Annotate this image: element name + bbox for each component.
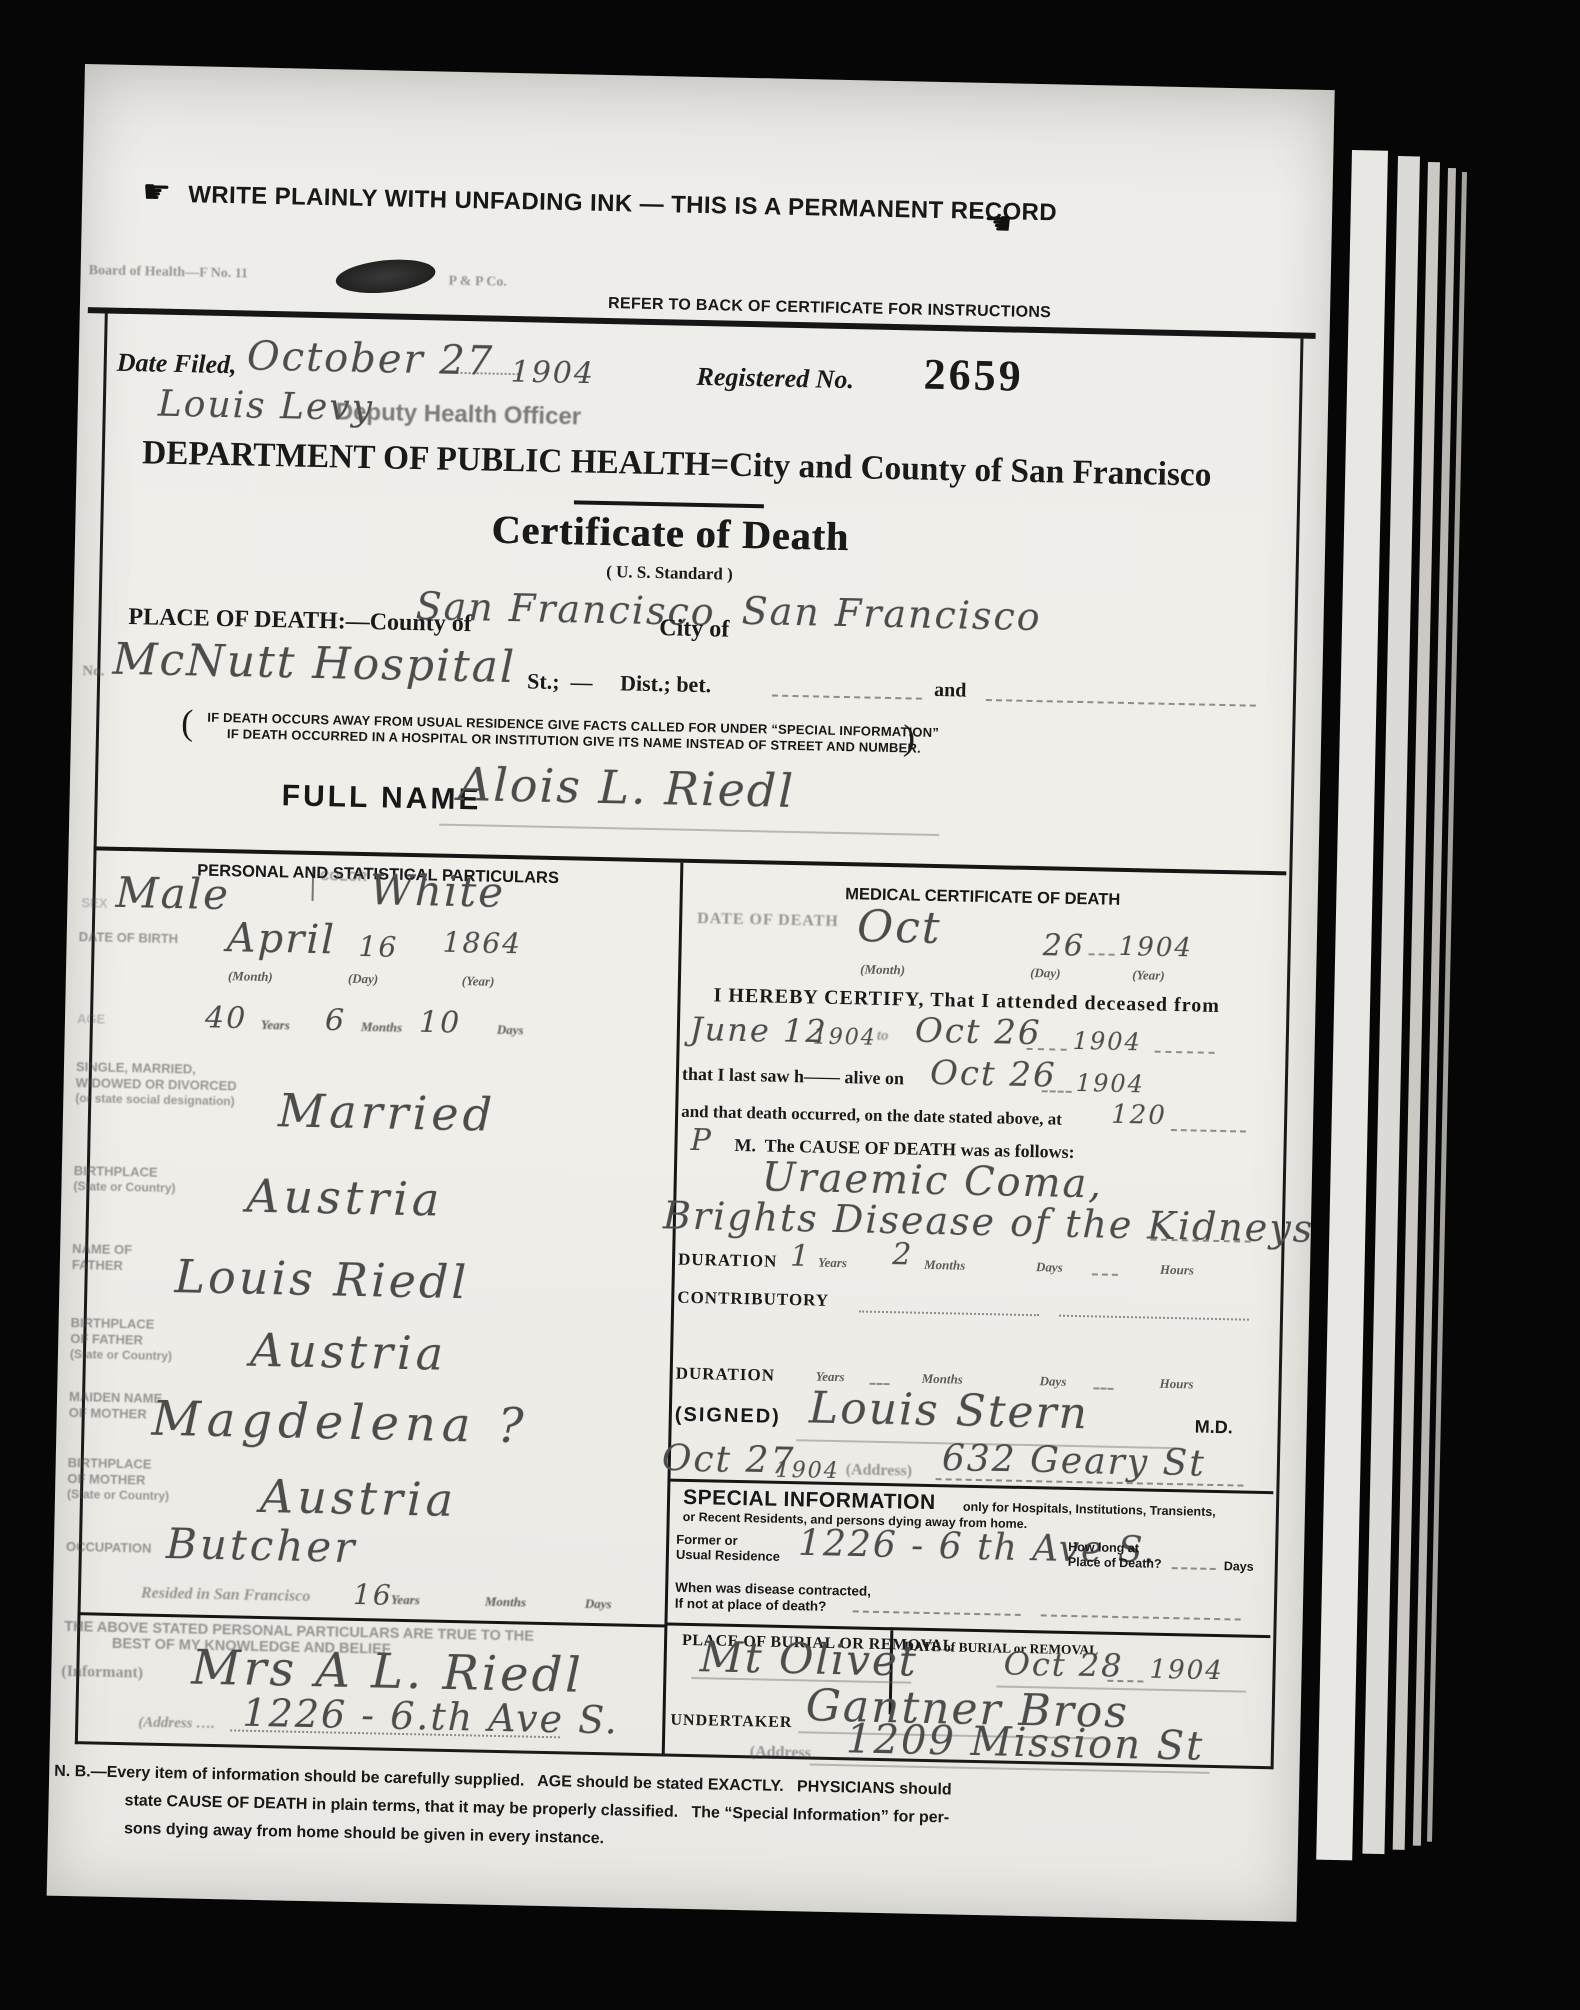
mother-maiden-value: Magdelena ? [151, 1394, 530, 1452]
institution-value: McNutt Hospital [112, 637, 516, 692]
physician-signature: Louis Stern [809, 1385, 1090, 1437]
death-year-caption: (Year) [1132, 968, 1165, 982]
paren-close: ) [903, 719, 916, 757]
resided-years-caption: Years [391, 1593, 420, 1607]
dob-month-value: April [226, 917, 336, 961]
physician-address-value: 632 Geary St [942, 1440, 1207, 1483]
informant-label: (Informant) [61, 1664, 143, 1683]
date-of-death-label: DATE OF DEATH [697, 911, 839, 931]
paren-open: ( [181, 704, 194, 742]
mother-maiden-label-1: MAIDEN NAME [69, 1390, 162, 1406]
form-number-left: Board of Health—F No. 11 [89, 264, 249, 282]
resided-months-caption: Months [485, 1595, 526, 1610]
md-label: M.D. [1195, 1418, 1233, 1438]
father-name-value: Louis Riedl [174, 1252, 469, 1306]
birthplace-label-2: (State or Country) [73, 1180, 175, 1195]
and-label: and [934, 680, 967, 702]
dob-day-value: 16 [358, 932, 398, 962]
birthplace-value: Austria [246, 1172, 444, 1224]
birthplace-label-1: BIRTHPLACE [74, 1164, 158, 1179]
resided-label: Resided in San Francisco [141, 1586, 311, 1606]
sex-label: SEX [81, 896, 107, 910]
city-label: City of [659, 616, 729, 643]
contributory-label: CONTRIBUTORY [677, 1289, 829, 1310]
dob-label: DATE OF BIRTH [79, 930, 179, 946]
dob-year-caption: (Year) [462, 974, 495, 988]
death-time-value: 120 [1111, 1102, 1167, 1130]
age-years-caption: Years [261, 1018, 290, 1032]
undertaker-address-label: (Address [750, 1744, 811, 1762]
marital-label-2: WIDOWED OR DIVORCED [76, 1076, 237, 1093]
banner-headline: WRITE PLAINLY WITH UNFADING INK — THIS I… [188, 182, 1057, 225]
date-filed-label: Date Filed, [116, 349, 236, 379]
street-no-label: No. [82, 664, 104, 680]
duration2-hours-caption: Hours [1159, 1377, 1193, 1391]
dob-year-value: 1864 [442, 928, 522, 959]
pointing-hand-left-icon: ☚ [984, 207, 1013, 241]
former-residence-label-1: Former or [676, 1533, 738, 1548]
footnote-line-3: sons dying away from home should be give… [124, 1821, 604, 1848]
mother-birthplace-value: Austria [260, 1472, 458, 1524]
pm-value: P [690, 1125, 713, 1157]
health-officer-title: Deputy Health Officer [336, 399, 582, 429]
sex-value: Male [115, 871, 230, 917]
city-value: San Francisco [741, 592, 1042, 638]
duration-years-caption: Years [818, 1256, 847, 1270]
registered-no-label: Registered No. [696, 363, 854, 394]
form-number-right: P & P Co. [448, 275, 507, 291]
age-label: AGE [77, 1012, 105, 1026]
informant-address-label: (Address …. [138, 1715, 215, 1732]
former-residence-label-2: Usual Residence [676, 1548, 780, 1564]
undertaker-address-value: 1209 Mission St [846, 1718, 1205, 1767]
physician-address-label: (Address) [846, 1462, 913, 1480]
dob-month-caption: (Month) [228, 969, 273, 984]
mother-birthplace-label-2: OF MOTHER [67, 1472, 145, 1487]
occupation-value: Butcher [166, 1522, 358, 1570]
signed-label: (SIGNED) [675, 1405, 781, 1428]
duration-months-value: 2 [892, 1239, 914, 1271]
resided-years-value: 16 [353, 1580, 393, 1610]
last-saw-date: Oct 26 [930, 1056, 1057, 1094]
dist-label: Dist.; bet. [620, 671, 712, 696]
duration2-dash-2 [1093, 1387, 1113, 1389]
death-year-value: 1904 [1118, 934, 1193, 963]
date-filed-year: 1904 [510, 357, 595, 390]
registered-no-value: 2659 [923, 352, 1024, 400]
full-name-value: Alois L. Riedl [457, 760, 795, 815]
pointing-hand-right-icon: ☛ [142, 175, 171, 209]
burial-year-value: 1904 [1149, 1657, 1224, 1686]
color-value: White [369, 868, 505, 915]
duration-months-caption: Months [924, 1258, 965, 1273]
attended-from-value: June 12 [690, 1013, 829, 1049]
death-month-caption: (Month) [860, 962, 905, 977]
marital-value: Married [278, 1086, 497, 1139]
duration-label-1: DURATION [678, 1251, 778, 1271]
to-label: to [877, 1029, 889, 1045]
death-day-caption: (Day) [1030, 966, 1061, 980]
burial-date-value: Oct 28 [1003, 1648, 1124, 1684]
death-day-value: 26 [1042, 930, 1085, 962]
mother-birthplace-label-1: BIRTHPLACE [68, 1456, 152, 1471]
duration-label-2: DURATION [676, 1365, 776, 1385]
signed-year-value: 1904 [775, 1459, 839, 1483]
duration-years-value: 1 [790, 1241, 812, 1273]
attended-from-year: 1904 [813, 1025, 877, 1049]
father-name-label-1: NAME OF [72, 1242, 132, 1257]
last-saw-year: 1904 [1076, 1071, 1146, 1098]
duration2-days-caption: Days [1039, 1374, 1066, 1388]
occupation-label: OCCUPATION [66, 1540, 152, 1555]
age-months-value: 6 [325, 1005, 347, 1037]
dob-day-caption: (Day) [348, 972, 379, 986]
age-years-value: 40 [205, 1003, 248, 1035]
attended-to-year: 1904 [1072, 1029, 1142, 1056]
undertaker-label: UNDERTAKER [670, 1713, 792, 1732]
mother-birthplace-label-3: (State or Country) [67, 1488, 169, 1503]
father-birthplace-label-2: OF FATHER [70, 1332, 143, 1347]
microfilm-photo-background: ☛ WRITE PLAINLY WITH UNFADING INK — THIS… [0, 0, 1580, 2010]
marital-label-1: SINGLE, MARRIED, [76, 1060, 196, 1076]
date-filed-value: October 27 [246, 335, 494, 382]
duration-days-caption: Days [1036, 1260, 1063, 1274]
ink-stamp [334, 255, 437, 297]
burial-place-value: Mt Olivet [699, 1635, 918, 1684]
color-label: COLOR [320, 869, 367, 884]
how-long-label-1: How long at [1068, 1541, 1139, 1556]
mother-maiden-label-2: OF MOTHER [69, 1406, 147, 1421]
duration-hours-caption: Hours [1160, 1263, 1194, 1277]
how-long-label-2: Place of Death? [1068, 1556, 1162, 1571]
death-month-value: Oct [857, 904, 942, 952]
certificate-page: ☛ WRITE PLAINLY WITH UNFADING INK — THIS… [47, 64, 1335, 1922]
father-name-label-2: FATHER [72, 1258, 123, 1273]
st-label: St.; — [527, 669, 593, 693]
full-name-label: FULL NAME [281, 780, 481, 816]
father-birthplace-label-3: (State or Country) [70, 1348, 172, 1363]
age-days-caption: Days [497, 1023, 524, 1037]
refer-note: REFER TO BACK OF CERTIFICATE FOR INSTRUC… [608, 296, 1051, 322]
attended-to-value: Oct 26 [915, 1014, 1042, 1052]
age-days-value: 10 [419, 1007, 462, 1039]
age-months-caption: Months [361, 1020, 402, 1035]
resided-days-caption: Days [585, 1597, 612, 1611]
father-birthplace-value: Austria [250, 1326, 448, 1378]
days-label: Days [1224, 1560, 1254, 1574]
father-birthplace-label-1: BIRTHPLACE [70, 1316, 154, 1331]
